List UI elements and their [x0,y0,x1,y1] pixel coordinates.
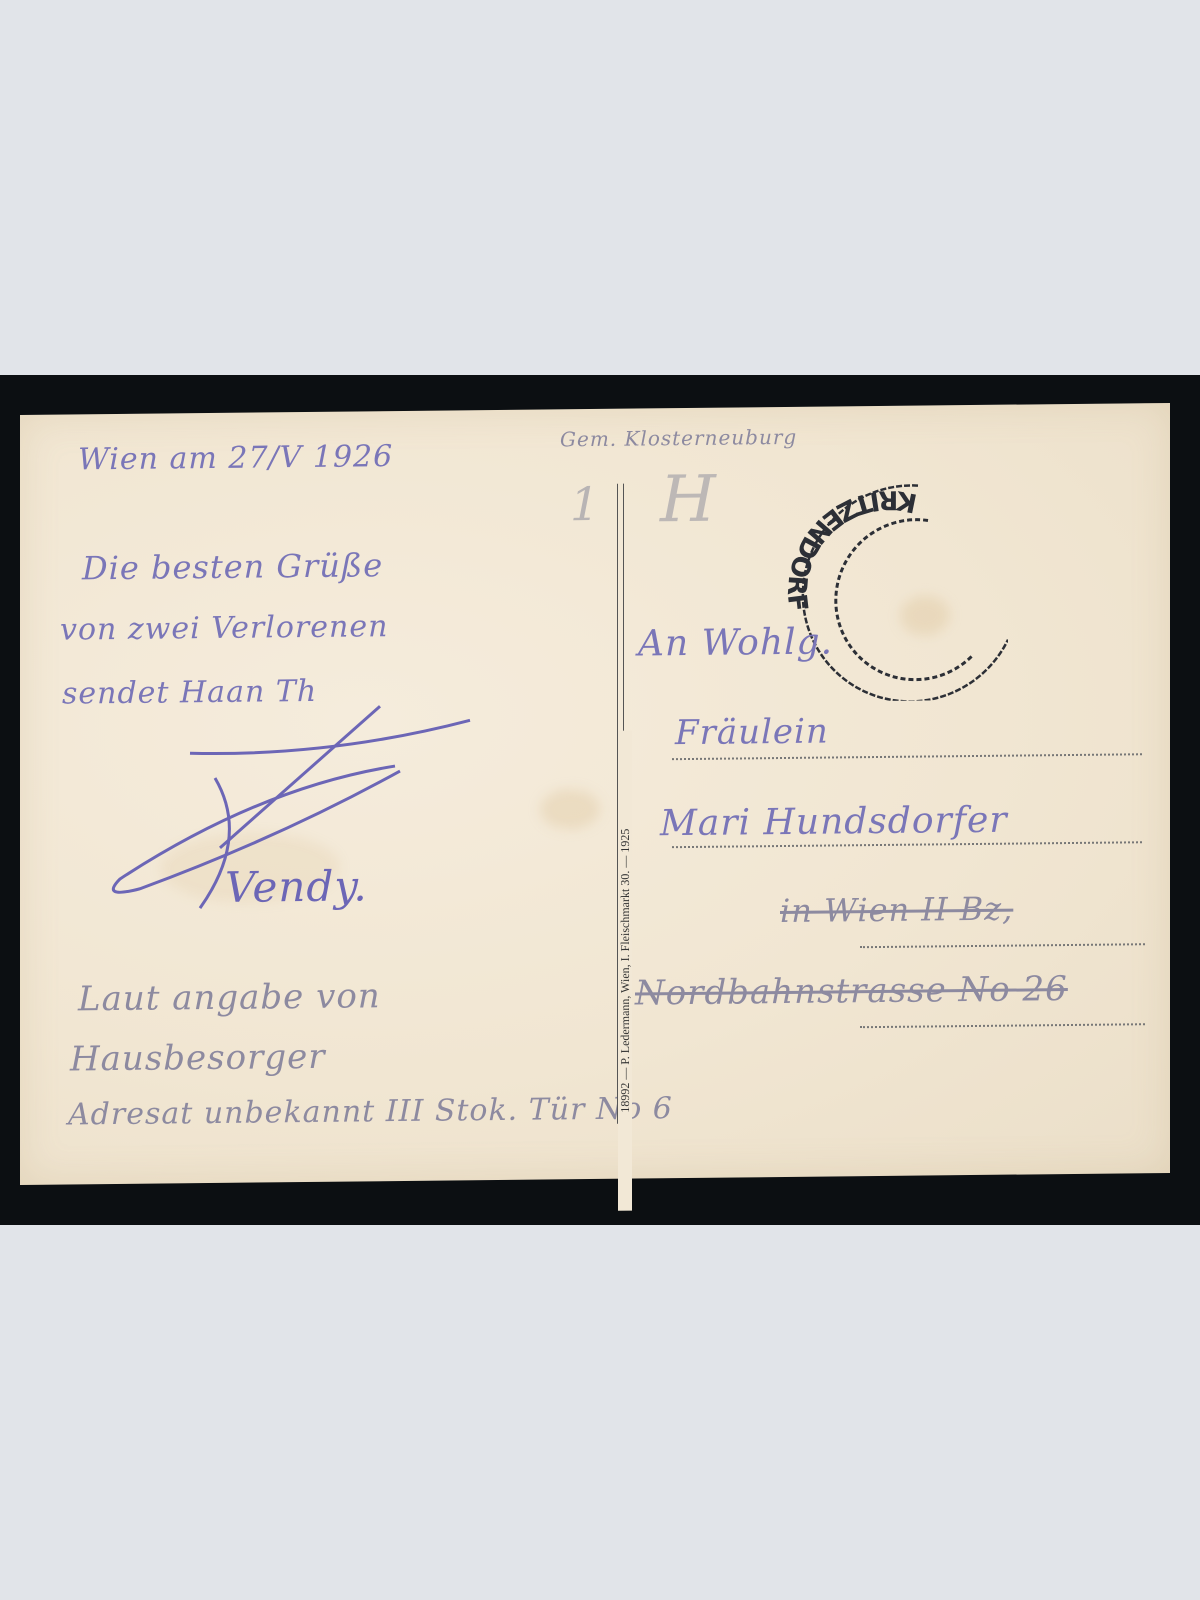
message-line-1: Die besten Grüße [82,546,383,587]
message-line-2: von zwei Verlorenen [60,609,388,647]
address-salutation: An Wohlg. [638,621,833,664]
pencil-mark-h: H [660,463,717,538]
postmark-text: KRITZENDORF [781,484,920,614]
paper-stain [540,789,600,830]
address-line-rule-1 [672,753,1142,760]
address-line-rule-3 [860,943,1145,948]
address-city-struck: in Wien II Bz, [780,890,1013,930]
address-title: Fräulein [675,712,829,754]
note-line-3: Adresat unbekannt III Stok. Tür No 6 [68,1091,673,1132]
address-line-rule-4 [860,1023,1145,1028]
note-line-1: Laut angabe von [78,976,381,1019]
note-line-2: Hausbesorger [70,1037,325,1080]
address-name: Mari Hundsdorfer [660,800,1008,845]
signature: Vendy. [225,861,368,911]
address-street-struck: Nordbahnstrasse No 26 [635,969,1068,1014]
pencil-mark-1: 1 [570,477,600,531]
postmark-stamp: KRITZENDORF [768,460,1008,703]
top-annotation: Gem. Klosterneuburg [560,425,797,451]
publisher-imprint: 18992 — P. Ledermann, Wien, I. Fleischma… [618,731,632,1211]
postcard-scan: Wien am 27/V 1926 Die besten Grüße von z… [0,375,1200,1225]
date-line: Wien am 27/V 1926 [78,439,393,477]
postcard-back: Wien am 27/V 1926 Die besten Grüße von z… [20,403,1170,1185]
